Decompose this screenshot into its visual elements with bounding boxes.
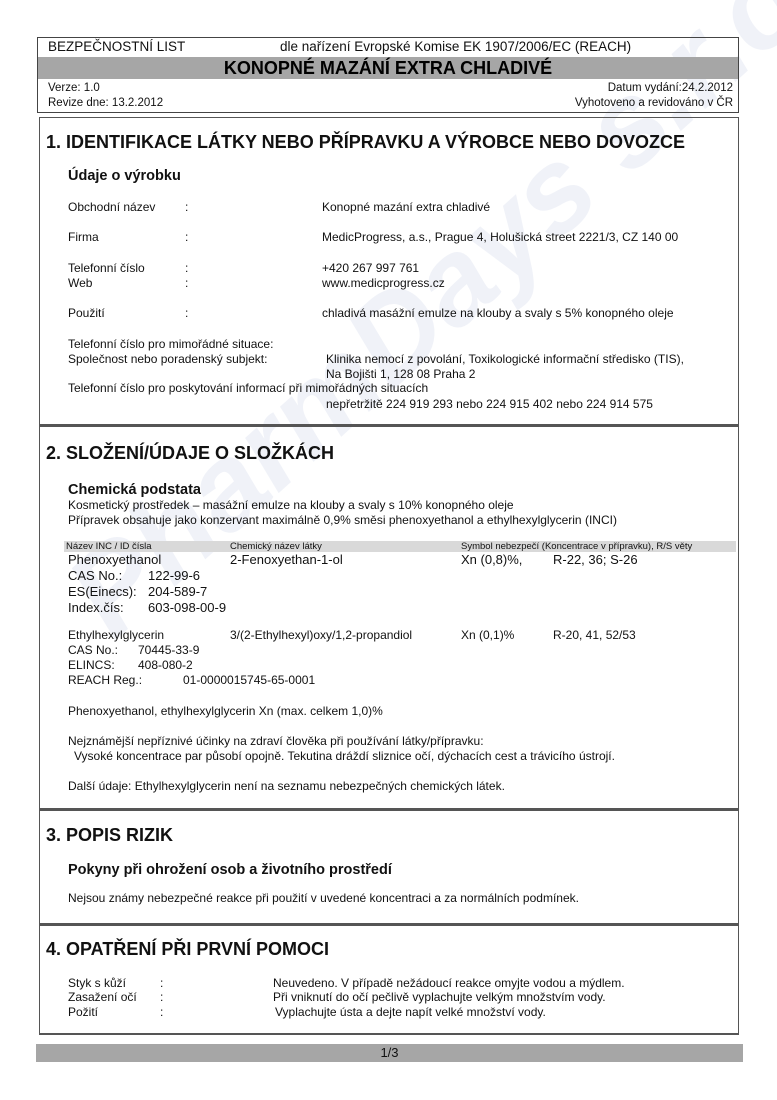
field-sep: : — [185, 200, 188, 214]
page-number: 1/3 — [380, 1045, 398, 1060]
description-line: Kosmetický prostředek – masážní emulze n… — [68, 498, 514, 512]
substance-name: Ethylhexylglycerin — [68, 628, 164, 642]
column-header: Chemický název látky — [230, 541, 322, 552]
section-composition: 2. SLOŽENÍ/ÚDAJE O SLOŽKÁCH Chemická pod… — [39, 426, 739, 810]
field-sep: : — [185, 306, 188, 320]
description-line: Přípravek obsahuje jako konzervant maxim… — [68, 513, 617, 527]
column-header: Symbol nebezpečí (Koncentrace v přípravk… — [461, 541, 692, 552]
section-title: 1. IDENTIFIKACE LÁTKY NEBO PŘÍPRAVKU A V… — [46, 132, 685, 153]
field-value: MedicProgress, a.s., Prague 4, Holušická… — [322, 230, 678, 244]
id-label: REACH Reg.: — [68, 673, 142, 687]
field-label: Obchodní název — [68, 200, 155, 214]
website-link[interactable]: www.medicprogress.cz — [322, 276, 445, 290]
effects-text: Vysoké koncentrace par působí opojně. Te… — [74, 749, 615, 763]
hazard-text: Nejsou známy nebezpečné reakce při použi… — [68, 891, 579, 905]
first-aid-value: Neuvedeno. V případě nežádoucí reakce om… — [273, 976, 625, 990]
id-value: 408-080-2 — [138, 658, 193, 672]
product-title: KONOPNÉ MAZÁNÍ EXTRA CHLADIVÉ — [38, 57, 738, 79]
doc-type: BEZPEČNOSTNÍ LIST — [48, 39, 185, 54]
info-phone-label: Telefonní číslo pro poskytování informac… — [68, 381, 428, 395]
section-subtitle: Údaje o výrobku — [68, 168, 181, 184]
total-concentration: Phenoxyethanol, ethylhexylglycerin Xn (m… — [68, 704, 383, 718]
section-identification: 1. IDENTIFIKACE LÁTKY NEBO PŘÍPRAVKU A V… — [39, 117, 739, 426]
field-value: +420 267 997 761 — [322, 261, 419, 275]
id-label: ELINCS: — [68, 658, 115, 672]
field-sep: : — [185, 261, 188, 275]
revision-date: Revize dne: 13.2.2012 — [48, 97, 163, 109]
field-value: chladivá masážní emulze na klouby a sval… — [322, 306, 674, 320]
table-header: Název INC / ID čísla Chemický název látk… — [64, 541, 736, 552]
id-value: 603-098-00-9 — [148, 600, 226, 615]
section-title: 3. POPIS RIZIK — [46, 825, 173, 846]
first-aid-label: Požití — [68, 1005, 98, 1019]
first-aid-value: Vyplachujte ústa a dejte napít velké mno… — [275, 1005, 546, 1019]
company-value: Klinika nemocí z povolání, Toxikologické… — [326, 352, 684, 366]
section-title: 4. OPATŘENÍ PŘI PRVNÍ POMOCI — [46, 939, 329, 960]
company-label: Společnost nebo poradenský subjekt: — [68, 352, 267, 366]
page-footer: 1/3 — [36, 1044, 743, 1062]
first-aid-sep: : — [160, 976, 163, 990]
first-aid-value: Při vniknutí do očí pečlivě vyplachujte … — [273, 990, 606, 1004]
section-title: 2. SLOŽENÍ/ÚDAJE O SLOŽKÁCH — [46, 443, 334, 464]
version: Verze: 1.0 — [48, 82, 100, 94]
substance-phrases: R-22, 36; S-26 — [553, 552, 638, 567]
emergency-label: Telefonní číslo pro mimořádné situace: — [68, 337, 273, 351]
substance-phrases: R-20, 41, 52/53 — [553, 628, 636, 642]
info-phone-value: nepřetržitě 224 919 293 nebo 224 915 402… — [326, 397, 653, 411]
id-value: 122-99-6 — [148, 568, 200, 583]
section-subtitle: Pokyny při ohrožení osob a životního pro… — [68, 862, 392, 878]
first-aid-label: Styk s kůží — [68, 976, 126, 990]
section-first-aid: 4. OPATŘENÍ PŘI PRVNÍ POMOCI Styk s kůží… — [39, 925, 739, 1035]
field-label: Telefonní číslo — [68, 261, 145, 275]
field-label: Web — [68, 276, 92, 290]
first-aid-label: Zasažení očí — [68, 990, 137, 1004]
id-value: 01-0000015745-65-0001 — [183, 673, 315, 687]
issue-date: Datum vydání:24.2.2012 — [608, 82, 733, 94]
substance-chem-name: 2-Fenoxyethan-1-ol — [230, 552, 343, 567]
effects-label: Nejznámější nepříznivé účinky na zdraví … — [68, 734, 484, 748]
id-value: 204-589-7 — [148, 584, 207, 599]
substance-symbol: Xn (0,8)%, — [461, 552, 522, 567]
id-value: 70445-33-9 — [138, 643, 199, 657]
section-hazards: 3. POPIS RIZIK Pokyny při ohrožení osob … — [39, 810, 739, 925]
field-label: Použití — [68, 306, 105, 320]
column-header: Název INC / ID čísla — [66, 541, 152, 552]
section-subtitle: Chemická podstata — [68, 482, 201, 498]
document-header: BEZPEČNOSTNÍ LIST dle nařízení Evropské … — [37, 37, 739, 113]
field-sep: : — [185, 276, 188, 290]
first-aid-sep: : — [160, 1005, 163, 1019]
company-address: Na Bojišti 1, 128 08 Praha 2 — [326, 367, 475, 381]
field-sep: : — [185, 230, 188, 244]
substance-name: Phenoxyethanol — [68, 552, 161, 567]
id-label: CAS No.: — [68, 643, 118, 657]
regulation: dle nařízení Evropské Komise EK 1907/200… — [280, 39, 631, 54]
field-label: Firma — [68, 230, 99, 244]
other-info: Další údaje: Ethylhexylglycerin není na … — [68, 779, 505, 793]
substance-symbol: Xn (0,1)% — [461, 628, 514, 642]
first-aid-sep: : — [160, 990, 163, 1004]
id-label: Index.čís: — [68, 600, 124, 615]
id-label: CAS No.: — [68, 568, 122, 583]
substance-chem-name: 3/(2-Ethylhexyl)oxy/1,2-propandiol — [230, 628, 412, 642]
made-in: Vyhotoveno a revidováno v ČR — [575, 97, 733, 109]
field-value: Konopné mazání extra chladivé — [322, 200, 490, 214]
id-label: ES(Einecs): — [68, 584, 137, 599]
